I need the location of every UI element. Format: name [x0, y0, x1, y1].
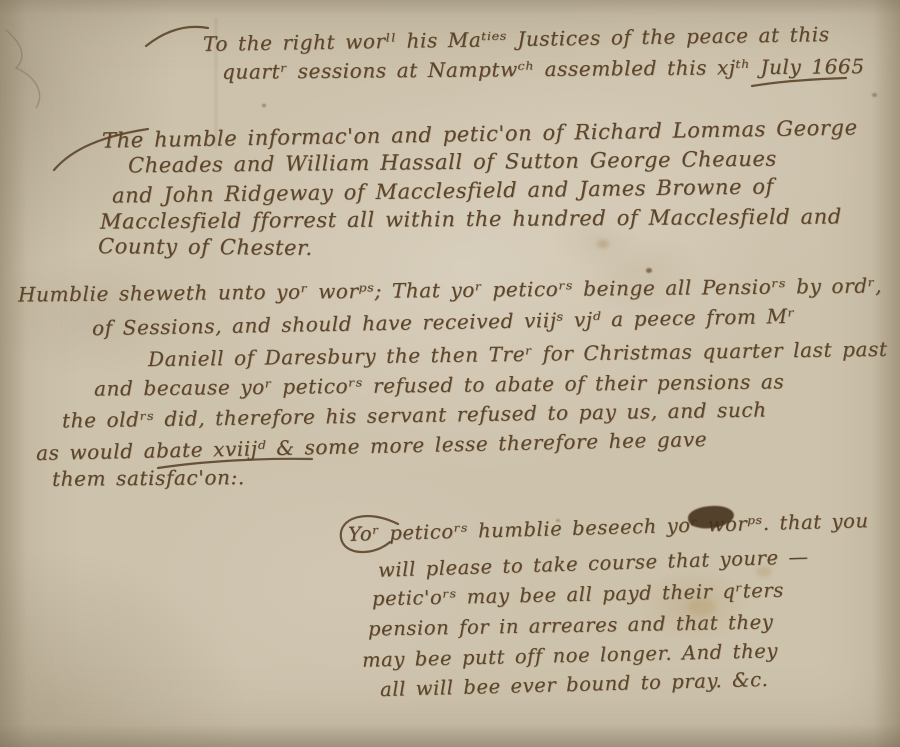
address-line-3: and John Ridgeway of Macclesfield and Ja… — [112, 174, 774, 207]
ink-speck — [872, 93, 877, 97]
address-line-5: County of Chester. — [98, 234, 313, 260]
body-line-3: Daniell of Daresbury the then Treʳ for C… — [148, 337, 888, 371]
address-line-2: Cheades and William Hassall of Sutton Ge… — [128, 147, 777, 178]
heading-line-2: quartʳ sessions at Namptwᶜʰ assembled th… — [222, 54, 865, 84]
ink-speck — [262, 104, 266, 107]
body-line-2: of Sessions, and should have received vi… — [92, 304, 795, 340]
stain-speck — [597, 240, 609, 248]
date-underline — [752, 78, 846, 86]
body-line-1: Humblie sheweth unto yoʳ worᵖˢ; That yoʳ… — [18, 273, 882, 306]
paper-crack — [6, 30, 40, 108]
heading-swash — [146, 27, 208, 46]
closing-line-5: may bee putt off noe longer. And they — [362, 639, 778, 671]
body-line-4: and because yoʳ peticoʳˢ refused to abat… — [94, 369, 785, 400]
closing-line-3: petic'oʳˢ may bee all payd their qʳters — [372, 579, 784, 611]
body-line-6: as would abate xviijᵈ & some more lesse … — [36, 427, 708, 465]
closing-line-6: all will bee ever bound to pray. &c. — [380, 668, 769, 701]
ink-speck — [646, 268, 652, 273]
closing-line-4: pension for in arreares and that they — [368, 610, 774, 640]
address-line-4: Macclesfield fforrest all within the hun… — [100, 204, 842, 233]
closing-line-1: Yoʳ peticoʳˢ humblie beseech yoʳ worᵖˢ. … — [348, 509, 869, 546]
body-line-7: them satisfac'on:. — [52, 465, 245, 491]
heading-line-1: To the right worˡˡ his Maᵗⁱᵉˢ Justices o… — [203, 22, 830, 56]
manuscript-page: To the right worˡˡ his Maᵗⁱᵉˢ Justices o… — [0, 0, 900, 747]
closing-line-2: will please to take course that youre — — [378, 545, 809, 582]
